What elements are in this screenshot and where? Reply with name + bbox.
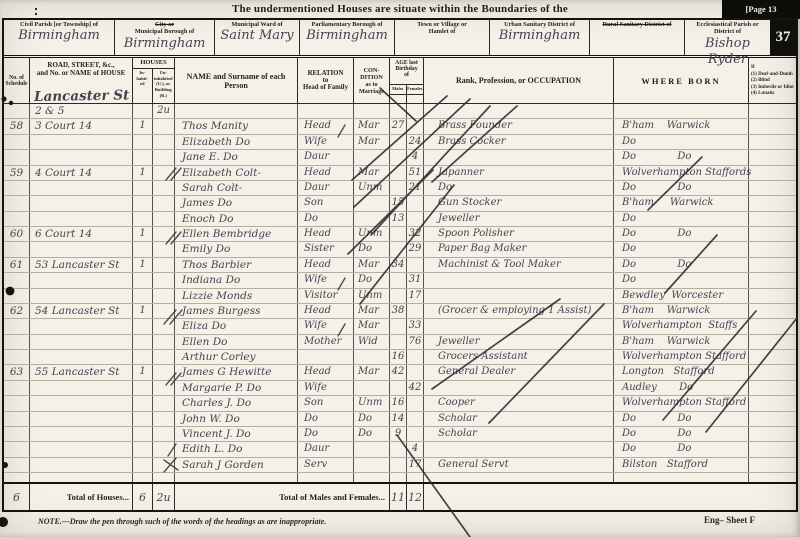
road-street-cell: 54 Lancaster St: [30, 304, 133, 318]
col-header-road: ROAD, STREET, &c., and No. or NAME of HO…: [30, 58, 133, 103]
age-female-cell: 29: [407, 242, 424, 256]
person-name-cell: Sarah Colt-: [175, 181, 298, 195]
houses-inhabited-cell: 1: [133, 304, 153, 318]
relation-cell: Head: [298, 304, 354, 318]
person-name-cell: Charles J. Do: [175, 396, 298, 410]
houses-inhabited-cell: [133, 196, 153, 210]
infirmity-cell: [749, 335, 796, 349]
road-street-cell: [30, 458, 133, 472]
total-females: 12: [407, 484, 424, 510]
relation-cell: Head: [298, 227, 354, 241]
col-header-infirmity: If (1) Deaf-and-Dumb (2) Blind (3) Imbec…: [749, 58, 796, 103]
road-street-cell: [30, 350, 133, 364]
where-born-cell: Do: [614, 212, 749, 226]
age-male-cell: [390, 273, 407, 287]
occupation-cell: Cooper: [424, 396, 614, 410]
houses-inhabited-cell: [133, 335, 153, 349]
relation-cell: Head: [298, 258, 354, 272]
sheet-title: The undermentioned Houses are situate wi…: [0, 3, 800, 18]
record-rows: 2 & 5 2u 58 3 Court 14 1 Thos Manity Hea…: [4, 104, 796, 482]
houses-uninhabited-cell: [153, 365, 175, 379]
where-born-cell: [614, 104, 749, 118]
where-born-cell: Wolverhampton Stafford: [614, 350, 749, 364]
road-street-cell: 6 Court 14: [30, 227, 133, 241]
road-street-cell: [30, 289, 133, 303]
age-male-cell: [390, 289, 407, 303]
age-female-cell: [407, 258, 424, 272]
col-header-road-label: ROAD, STREET, &c., and No. or NAME of HO…: [30, 61, 132, 77]
occupation-cell: [424, 289, 614, 303]
person-name-cell: James Burgess: [175, 304, 298, 318]
age-male-cell: [390, 135, 407, 149]
where-born-cell: Do Do: [614, 412, 749, 426]
col-header-houses: HOUSES In- habit- ed Un- inhabited (U.),…: [133, 58, 175, 103]
col-header-condition: CON- DITION as to Marriage: [354, 58, 390, 103]
occupation-cell: Brass Founder: [424, 119, 614, 133]
age-female-cell: 17: [407, 458, 424, 472]
col-header-relation: RELATION to Head of Family: [298, 58, 354, 103]
occupation-cell: Paper Bag Maker: [424, 242, 614, 256]
houses-inhabited-cell: [133, 350, 153, 364]
age-male-cell: [390, 227, 407, 241]
condition-cell: Mar: [354, 319, 390, 333]
houses-inhabited-cell: [133, 458, 153, 472]
table-row: Enoch Do Do 13 Jeweller Do: [4, 212, 796, 227]
table-row: Sarah J Gorden Serv 17 General Servt Bil…: [4, 458, 796, 473]
age-female-cell: 51: [407, 166, 424, 180]
person-name-cell: James G Hewitte: [175, 365, 298, 379]
age-female-cell: [407, 304, 424, 318]
boundary-header-value: [590, 28, 684, 44]
table-row: 62 54 Lancaster St 1 James Burgess Head …: [4, 304, 796, 319]
person-name-cell: [175, 104, 298, 118]
table-row: Vincent J. Do Do Do 9 Scholar Do Do: [4, 427, 796, 442]
condition-cell: [354, 458, 390, 472]
condition-cell: Do: [354, 273, 390, 287]
boundary-header-value: Birmingham: [4, 28, 114, 44]
age-male-cell: [390, 242, 407, 256]
table-row: Ellen Do Mother Wid 76 Jeweller B'ham Wa…: [4, 335, 796, 350]
boundary-header-label: Parliamentary Borough of: [300, 21, 394, 28]
age-male-cell: [390, 473, 407, 482]
boundary-header-cell: Civil Parish [or Township] of Birmingham: [4, 20, 115, 55]
houses-inhabited-cell: 1: [133, 166, 153, 180]
age-male-cell: [390, 104, 407, 118]
occupation-cell: [424, 319, 614, 333]
table-row: Arthur Corley 16 Grocers Assistant Wolve…: [4, 350, 796, 365]
road-street-cell: [30, 427, 133, 441]
relation-cell: [298, 473, 354, 482]
houses-inhabited-cell: [133, 396, 153, 410]
table-row: 63 55 Lancaster St 1 James G Hewitte Hea…: [4, 365, 796, 380]
houses-inhabited-cell: [133, 412, 153, 426]
condition-cell: [354, 212, 390, 226]
occupation-cell: Grocers Assistant: [424, 350, 614, 364]
person-name-cell: James Do: [175, 196, 298, 210]
infirmity-cell: [749, 196, 796, 210]
where-born-cell: Do Do: [614, 150, 749, 164]
houses-inhabited-cell: [133, 242, 153, 256]
age-male-cell: 16: [390, 350, 407, 364]
houses-inhabited-cell: 1: [133, 258, 153, 272]
road-street-cell: 53 Lancaster St: [30, 258, 133, 272]
boundary-header-value: Birmingham: [115, 36, 214, 52]
occupation-cell: Japanner: [424, 166, 614, 180]
occupation-cell: (Grocer & employing 1 Assist): [424, 304, 614, 318]
houses-uninhabited-cell: [153, 412, 175, 426]
boundary-header-label: City orMunicipal Borough of: [115, 21, 214, 36]
age-female-cell: [407, 119, 424, 133]
table-row: Indiana Do Wife Do 31 Do: [4, 273, 796, 288]
person-name-cell: [175, 473, 298, 482]
infirmity-cell: [749, 412, 796, 426]
condition-cell: Mar: [354, 119, 390, 133]
relation-cell: Son: [298, 396, 354, 410]
age-male-cell: 34: [390, 258, 407, 272]
table-row: Margarie P. Do Wife 42 Audley Do: [4, 381, 796, 396]
condition-cell: Mar: [354, 365, 390, 379]
col-header-houses-label: HOUSES: [133, 58, 174, 69]
boundary-header-label: Ecclesiastical Parish or District of: [685, 21, 770, 36]
infirmity-cell: [749, 227, 796, 241]
age-female-cell: 21: [407, 181, 424, 195]
where-born-cell: Bilston Stafford: [614, 458, 749, 472]
boundary-header-cell: Municipal Ward of Saint Mary: [215, 20, 300, 55]
schedule-number-cell: [4, 181, 30, 195]
age-female-cell: [407, 212, 424, 226]
schedule-number-cell: [4, 427, 30, 441]
condition-cell: [354, 473, 390, 482]
relation-cell: Sister: [298, 242, 354, 256]
age-female-cell: [407, 196, 424, 210]
total-houses-inhabited: 6: [133, 484, 153, 510]
condition-cell: [354, 104, 390, 118]
road-street-cell: 3 Court 14: [30, 119, 133, 133]
col-header-inhabited: In- habit- ed: [133, 69, 153, 103]
relation-cell: Wife: [298, 319, 354, 333]
age-male-cell: 38: [390, 304, 407, 318]
age-female-cell: [407, 350, 424, 364]
schedule-number-cell: [4, 458, 30, 472]
infirmity-cell: [749, 289, 796, 303]
relation-cell: Son: [298, 196, 354, 210]
infirmity-cell: [749, 242, 796, 256]
condition-cell: Do: [354, 242, 390, 256]
houses-inhabited-cell: [133, 104, 153, 118]
person-name-cell: Enoch Do: [175, 212, 298, 226]
boundary-header-value: Birmingham: [490, 28, 589, 44]
schedule-number-cell: 60: [4, 227, 30, 241]
col-header-occupation: Rank, Profession, or OCCUPATION: [424, 58, 614, 103]
relation-cell: Daur: [298, 442, 354, 456]
houses-uninhabited-cell: [153, 181, 175, 195]
col-header-schedule: No. of Schedule: [4, 58, 30, 103]
person-name-cell: Ellen Do: [175, 335, 298, 349]
condition-cell: [354, 381, 390, 395]
relation-cell: Daur: [298, 150, 354, 164]
totals-row: 6 Total of Houses... 6 2u Total of Males…: [4, 482, 796, 510]
schedule-number-cell: 61: [4, 258, 30, 272]
footer-note: NOTE.—Draw the pen through such of the w…: [38, 517, 326, 526]
col-header-where-born: WHERE BORN: [614, 58, 749, 103]
boundary-header-label: Civil Parish [or Township] of: [4, 21, 114, 28]
road-street-cell: [30, 212, 133, 226]
where-born-cell: Do: [614, 273, 749, 287]
houses-uninhabited-cell: [153, 150, 175, 164]
houses-uninhabited-cell: [153, 381, 175, 395]
occupation-cell: [424, 442, 614, 456]
condition-cell: Do: [354, 412, 390, 426]
road-street-cell: [30, 150, 133, 164]
relation-cell: Serv: [298, 458, 354, 472]
age-male-cell: 14: [390, 412, 407, 426]
road-street-cell: [30, 242, 133, 256]
condition-cell: [354, 442, 390, 456]
houses-uninhabited-cell: [153, 166, 175, 180]
age-female-cell: 24: [407, 135, 424, 149]
infirmity-cell: [749, 104, 796, 118]
houses-inhabited-cell: [133, 473, 153, 482]
where-born-cell: B'ham Warwick: [614, 335, 749, 349]
person-name-cell: Sarah J Gorden: [175, 458, 298, 472]
where-born-cell: Audley Do: [614, 381, 749, 395]
condition-cell: [354, 150, 390, 164]
relation-cell: Mother: [298, 335, 354, 349]
table-row: 58 3 Court 14 1 Thos Manity Head Mar 27 …: [4, 119, 796, 134]
age-female-cell: [407, 412, 424, 426]
where-born-cell: B'ham Warwick: [614, 119, 749, 133]
condition-cell: Wid: [354, 335, 390, 349]
road-street-cell: 55 Lancaster St: [30, 365, 133, 379]
schedule-number-cell: [4, 196, 30, 210]
road-street-cell: [30, 181, 133, 195]
age-male-cell: 16: [390, 396, 407, 410]
occupation-cell: Brass Cocker: [424, 135, 614, 149]
infirmity-cell: [749, 304, 796, 318]
where-born-cell: Do Do: [614, 427, 749, 441]
col-header-females: Females: [407, 85, 423, 94]
person-name-cell: Thos Manity: [175, 119, 298, 133]
infirmity-cell: [749, 319, 796, 333]
age-male-cell: [390, 181, 407, 195]
infirmity-cell: [749, 150, 796, 164]
houses-uninhabited-cell: [153, 119, 175, 133]
occupation-cell: [424, 473, 614, 482]
person-name-cell: Jane E. Do: [175, 150, 298, 164]
person-name-cell: Eliza Do: [175, 319, 298, 333]
person-name-cell: Ellen Bembridge: [175, 227, 298, 241]
age-female-cell: [407, 365, 424, 379]
folio-number: 37: [770, 20, 796, 55]
col-header-age-label: AGE last Birthday of: [390, 58, 423, 84]
relation-cell: Head: [298, 166, 354, 180]
schedule-number-cell: 63: [4, 365, 30, 379]
person-name-cell: Lizzie Monds: [175, 289, 298, 303]
condition-cell: Do: [354, 427, 390, 441]
table-row: 60 6 Court 14 1 Ellen Bembridge Head Unm…: [4, 227, 796, 242]
relation-cell: Daur: [298, 181, 354, 195]
occupation-cell: Scholar: [424, 427, 614, 441]
schedule-number-cell: [4, 473, 30, 482]
infirmity-cell: [749, 181, 796, 195]
schedule-number-cell: 62: [4, 304, 30, 318]
infirmity-cell: [749, 258, 796, 272]
occupation-cell: [424, 273, 614, 287]
table-row: Jane E. Do Daur 4 Do Do: [4, 150, 796, 165]
houses-inhabited-cell: [133, 319, 153, 333]
schedule-number-cell: [4, 150, 30, 164]
relation-cell: [298, 104, 354, 118]
houses-uninhabited-cell: [153, 212, 175, 226]
relation-cell: Head: [298, 119, 354, 133]
houses-uninhabited-cell: [153, 242, 175, 256]
where-born-cell: Do Do: [614, 442, 749, 456]
schedule-number-cell: [4, 412, 30, 426]
condition-cell: Unm: [354, 227, 390, 241]
schedule-number-cell: [4, 335, 30, 349]
age-male-cell: 9: [390, 427, 407, 441]
col-header-age-sub: Males Females: [390, 84, 423, 95]
occupation-cell: [424, 104, 614, 118]
table-row: Sarah Colt- Daur Unm 21 Do Do Do: [4, 181, 796, 196]
infirmity-cell: [749, 212, 796, 226]
boundary-header-cell: Parliamentary Borough of Birmingham: [300, 20, 395, 55]
boundary-header-label: Municipal Ward of: [215, 21, 299, 28]
houses-uninhabited-cell: [153, 135, 175, 149]
houses-inhabited-cell: 1: [133, 365, 153, 379]
houses-inhabited-cell: [133, 273, 153, 287]
page-label: [Page 13: [722, 0, 800, 19]
road-street-cell: [30, 473, 133, 482]
table-row: Eliza Do Wife Mar 33 Wolverhampton Staff…: [4, 319, 796, 334]
road-street-cell: [30, 396, 133, 410]
where-born-cell: Do Do: [614, 227, 749, 241]
where-born-cell: [614, 473, 749, 482]
age-male-cell: [390, 319, 407, 333]
age-female-cell: 17: [407, 289, 424, 303]
person-name-cell: Margarie P. Do: [175, 381, 298, 395]
occupation-cell: Spoon Polisher: [424, 227, 614, 241]
col-header-uninhabited: Un- inhabited (U.), or Building (B.): [153, 69, 174, 103]
occupation-cell: General Dealer: [424, 365, 614, 379]
table-row: 61 53 Lancaster St 1 Thos Barbier Head M…: [4, 258, 796, 273]
schedule-number-cell: [4, 212, 30, 226]
houses-inhabited-cell: [133, 289, 153, 303]
boundary-header-value: Birmingham: [300, 28, 394, 44]
relation-cell: Do: [298, 412, 354, 426]
infirmity-cell: [749, 273, 796, 287]
houses-inhabited-cell: [133, 442, 153, 456]
boundary-header: Civil Parish [or Township] of Birmingham…: [4, 20, 796, 58]
schedule-number-cell: [4, 319, 30, 333]
where-born-cell: B'ham Warwick: [614, 196, 749, 210]
occupation-cell: Jeweller: [424, 212, 614, 226]
total-males: 11: [390, 484, 407, 510]
sheet-label: Eng– Sheet F: [704, 515, 755, 525]
col-header-name: NAME and Surname of each Person: [175, 58, 298, 103]
schedule-number-cell: [4, 104, 30, 118]
houses-inhabited-cell: [133, 135, 153, 149]
houses-uninhabited-cell: [153, 396, 175, 410]
condition-cell: Unm: [354, 396, 390, 410]
schedule-number-cell: [4, 289, 30, 303]
relation-cell: Do: [298, 212, 354, 226]
condition-cell: Mar: [354, 304, 390, 318]
infirmity-cell: [749, 458, 796, 472]
houses-inhabited-cell: 1: [133, 227, 153, 241]
occupation-cell: Do: [424, 181, 614, 195]
road-street-cell: [30, 412, 133, 426]
form-table: Civil Parish [or Township] of Birmingham…: [2, 18, 798, 512]
houses-uninhabited-cell: [153, 289, 175, 303]
boundary-header-label: Rural Sanitary District of: [590, 21, 684, 28]
houses-uninhabited-cell: [153, 273, 175, 287]
schedule-number-cell: 58: [4, 119, 30, 133]
table-row: Emily Do Sister Do 29 Paper Bag Maker Do: [4, 242, 796, 257]
age-female-cell: [407, 396, 424, 410]
age-female-cell: [407, 473, 424, 482]
relation-cell: [298, 350, 354, 364]
road-street-cell: [30, 319, 133, 333]
age-male-cell: 15: [390, 196, 407, 210]
road-street-cell: 2 & 5: [30, 104, 133, 118]
age-male-cell: 27: [390, 119, 407, 133]
person-name-cell: Vincent J. Do: [175, 427, 298, 441]
where-born-cell: Wolverhampton Staffs: [614, 319, 749, 333]
schedule-number-cell: [4, 442, 30, 456]
person-name-cell: Edith L. Do: [175, 442, 298, 456]
boundary-header-cell: Urban Sanitary District of Birmingham: [490, 20, 590, 55]
occupation-cell: Jeweller: [424, 335, 614, 349]
occupation-cell: Gun Stocker: [424, 196, 614, 210]
houses-uninhabited-cell: [153, 258, 175, 272]
road-street-cell: [30, 135, 133, 149]
infirmity-cell: [749, 350, 796, 364]
occupation-cell: [424, 381, 614, 395]
table-row: Charles J. Do Son Unm 16 Cooper Wolverha…: [4, 396, 796, 411]
person-name-cell: Indiana Do: [175, 273, 298, 287]
road-street-cell: [30, 442, 133, 456]
houses-uninhabited-cell: [153, 335, 175, 349]
infirmity-cell: [749, 135, 796, 149]
age-male-cell: [390, 166, 407, 180]
houses-uninhabited-cell: [153, 427, 175, 441]
road-street-cell: [30, 273, 133, 287]
boundary-header-label: Urban Sanitary District of: [490, 21, 589, 28]
col-header-houses-sub: In- habit- ed Un- inhabited (U.), or Bui…: [133, 69, 174, 103]
schedule-number-cell: [4, 381, 30, 395]
condition-cell: [354, 350, 390, 364]
person-name-cell: Elizabeth Colt-: [175, 166, 298, 180]
boundary-header-cell: City orMunicipal Borough of Birmingham: [115, 20, 215, 55]
where-born-cell: Do: [614, 242, 749, 256]
infirmity-cell: [749, 396, 796, 410]
condition-cell: Mar: [354, 135, 390, 149]
condition-cell: Mar: [354, 166, 390, 180]
road-street-cell: [30, 381, 133, 395]
age-female-cell: 33: [407, 319, 424, 333]
table-row: John W. Do Do Do 14 Scholar Do Do: [4, 412, 796, 427]
houses-uninhabited-cell: [153, 442, 175, 456]
infirmity-cell: [749, 427, 796, 441]
person-name-cell: John W. Do: [175, 412, 298, 426]
relation-cell: Do: [298, 427, 354, 441]
where-born-cell: Bewdley Worcester: [614, 289, 749, 303]
road-street-cell: [30, 335, 133, 349]
occupation-cell: General Servt: [424, 458, 614, 472]
relation-cell: Visitor: [298, 289, 354, 303]
schedule-number-cell: [4, 350, 30, 364]
